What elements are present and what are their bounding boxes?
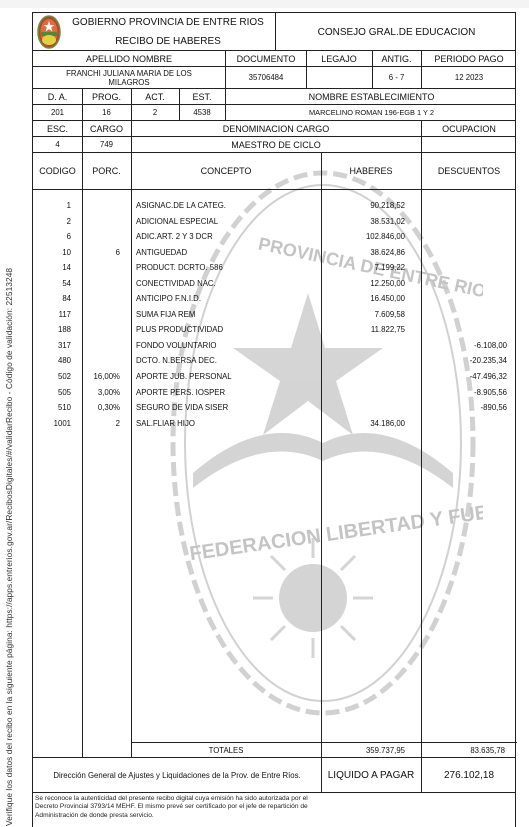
table-cell-concepto: APORTE PERS. IOSPER: [136, 385, 316, 401]
table-cell-codigo: 480: [33, 353, 71, 369]
total-descuentos: 83.635,78: [421, 743, 517, 757]
legal-notice: Se reconoce la autenticidad del presente…: [35, 795, 321, 820]
table-cell-concepto: SAL.FLIAR HIJO: [136, 416, 316, 432]
haberes-column-values: 90.218,5238.531,02102.846,0038.624,867.1…: [321, 198, 405, 431]
table-cell-descuentos: [421, 260, 507, 276]
label-est: EST.: [179, 89, 225, 104]
divider: [131, 88, 132, 120]
table-cell-descuentos: [421, 276, 507, 292]
table-cell-codigo: 502: [33, 369, 71, 385]
value-esc: 4: [33, 137, 82, 152]
table-cell-porc: [82, 291, 120, 307]
table-cell-codigo: 1: [33, 198, 71, 214]
table-cell-concepto: SUMA FIJA REM: [136, 307, 316, 323]
table-cell-haberes: 7.609,58: [321, 307, 405, 323]
table-cell-descuentos: -8.905,56: [421, 385, 507, 401]
issuer-text: Dirección General de Ajustes y Liquidaci…: [33, 758, 321, 792]
pay-receipt: PROVINCIA DE ENTRE RIOS FEDERACION LIBER…: [32, 12, 516, 827]
porc-column-values: 6 16,00%3,00%0,30%2: [82, 198, 120, 431]
table-cell-concepto: APORTE JUB. PERSONAL: [136, 369, 316, 385]
employee-documento: 35706484: [226, 67, 306, 88]
value-ocupacion: [421, 137, 517, 152]
government-title: GOBIERNO PROVINCIA DE ENTRE RIOS: [63, 13, 273, 32]
table-cell-codigo: 117: [33, 307, 71, 323]
table-cell-porc: 0,30%: [82, 400, 120, 416]
table-cell-haberes: 7.199,22: [321, 260, 405, 276]
column-codigo: CODIGO: [33, 153, 82, 189]
divider: [82, 88, 83, 120]
table-cell-porc: [82, 214, 120, 230]
column-porc: PORC.: [82, 153, 131, 189]
validation-note: Verifique los datos del recibo en la sig…: [4, 226, 14, 826]
table-cell-porc: [82, 322, 120, 338]
table-cell-codigo: 14: [33, 260, 71, 276]
table-cell-concepto: ANTIGUEDAD: [136, 245, 316, 261]
table-cell-descuentos: -20.235,34: [421, 353, 507, 369]
table-cell-concepto: PRODUCT. DCRTO. 586: [136, 260, 316, 276]
table-cell-concepto: PLUS PRODUCTIVIDAD: [136, 322, 316, 338]
label-antig: ANTIG.: [372, 51, 421, 66]
table-cell-haberes: 34.186,00: [321, 416, 405, 432]
value-da: 201: [33, 105, 82, 120]
table-cell-codigo: 6: [33, 229, 71, 245]
table-cell-descuentos: [421, 229, 507, 245]
table-cell-concepto: CONECTIVIDAD NAC.: [136, 276, 316, 292]
employee-periodo-pago: 12 2023: [421, 67, 517, 88]
divider: [372, 50, 373, 88]
divider: [275, 13, 276, 51]
table-cell-descuentos: [421, 198, 507, 214]
table-cell-descuentos: [421, 416, 507, 432]
employee-name: FRANCHI JULIANA MARIA DE LOS MILAGROS: [53, 67, 205, 88]
table-cell-descuentos: -890,56: [421, 400, 507, 416]
table-cell-porc: [82, 260, 120, 276]
table-cell-concepto: ADICIONAL ESPECIAL: [136, 214, 316, 230]
table-cell-haberes: 90.218,52: [321, 198, 405, 214]
divider: [421, 50, 422, 88]
table-cell-haberes: [321, 385, 405, 401]
organism-name: CONSEJO GRAL.DE EDUCACION: [276, 13, 517, 51]
table-cell-porc: [82, 229, 120, 245]
table-cell-codigo: 188: [33, 322, 71, 338]
label-nombre-establecimiento: NOMBRE ESTABLECIMIENTO: [226, 89, 517, 104]
entre-rios-coat-of-arms-icon: [37, 15, 61, 49]
table-cell-codigo: 2: [33, 214, 71, 230]
table-cell-porc: [82, 276, 120, 292]
table-cell-descuentos: [421, 245, 507, 261]
label-esc: ESC.: [33, 121, 82, 136]
label-apellido-nombre: APELLIDO NOMBRE: [33, 51, 225, 66]
receipt-title: RECIBO DE HABERES: [63, 32, 273, 50]
table-cell-descuentos: -6.108,00: [421, 338, 507, 354]
label-denominacion-cargo: DENOMINACION CARGO: [131, 121, 421, 136]
label-periodo-pago: PERIODO PAGO: [421, 51, 517, 66]
label-ocupacion: OCUPACION: [421, 121, 517, 136]
column-concepto: CONCEPTO: [131, 153, 321, 189]
table-cell-descuentos: [421, 307, 507, 323]
value-cargo: 749: [82, 137, 131, 152]
totals-label: TOTALES: [131, 743, 321, 757]
value-denominacion-cargo: MAESTRO DE CICLO: [131, 137, 421, 152]
divider: [179, 88, 180, 120]
table-cell-codigo: 10: [33, 245, 71, 261]
table-cell-codigo: 84: [33, 291, 71, 307]
table-cell-codigo: 54: [33, 276, 71, 292]
table-cell-haberes: [321, 400, 405, 416]
label-act: ACT.: [131, 89, 179, 104]
liquido-label: LIQUIDO A PAGAR: [321, 758, 421, 792]
table-cell-haberes: 102.846,00: [321, 229, 405, 245]
table-cell-descuentos: [421, 322, 507, 338]
table-cell-codigo: 317: [33, 338, 71, 354]
table-cell-haberes: [321, 353, 405, 369]
table-cell-descuentos: -47.496,32: [421, 369, 507, 385]
liquido-amount: 276.102,18: [421, 758, 517, 792]
table-cell-concepto: ANTICIPO F.N.I.D.: [136, 291, 316, 307]
table-cell-haberes: 11.822,75: [321, 322, 405, 338]
table-cell-haberes: [321, 369, 405, 385]
table-cell-porc: [82, 198, 120, 214]
viewer-top-bar: [0, 0, 529, 8]
table-cell-descuentos: [421, 291, 507, 307]
table-cell-porc: [82, 353, 120, 369]
table-cell-porc: 6: [82, 245, 120, 261]
value-est: 4538: [179, 105, 225, 120]
table-cell-porc: 16,00%: [82, 369, 120, 385]
svg-text:FEDERACION LIBERTAD Y FUERZA: FEDERACION LIBERTAD Y FUERZA: [188, 496, 483, 565]
table-cell-porc: 2: [82, 416, 120, 432]
codigo-column-values: 126101454841171883174805025055101001: [33, 198, 71, 431]
establishment-name: MARCELINO ROMAN 196-EGB 1 Y 2: [226, 105, 517, 120]
value-act: 2: [131, 105, 179, 120]
table-cell-codigo: 1001: [33, 416, 71, 432]
table-cell-haberes: 38.624,86: [321, 245, 405, 261]
table-cell-haberes: 12.250,00: [321, 276, 405, 292]
table-cell-haberes: [321, 338, 405, 354]
table-cell-haberes: 38.531,02: [321, 214, 405, 230]
divider: [306, 50, 307, 88]
table-cell-haberes: 16.450,00: [321, 291, 405, 307]
divider: [33, 792, 515, 793]
divider: [225, 88, 226, 120]
column-haberes: HABERES: [321, 153, 421, 189]
label-da: D. A.: [33, 89, 82, 104]
label-documento: DOCUMENTO: [226, 51, 306, 66]
label-cargo: CARGO: [82, 121, 131, 136]
table-cell-porc: 3,00%: [82, 385, 120, 401]
table-cell-codigo: 510: [33, 400, 71, 416]
divider: [33, 189, 515, 190]
table-cell-codigo: 505: [33, 385, 71, 401]
table-cell-concepto: FONDO VOLUNTARIO: [136, 338, 316, 354]
table-cell-porc: [82, 307, 120, 323]
total-haberes: 359.737,95: [321, 743, 421, 757]
table-cell-porc: [82, 338, 120, 354]
table-cell-concepto: ADIC.ART. 2 Y 3 DCR: [136, 229, 316, 245]
label-legajo: LEGAJO: [306, 51, 372, 66]
divider: [225, 50, 226, 88]
table-cell-descuentos: [421, 214, 507, 230]
employee-legajo: [306, 67, 372, 88]
label-prog: PROG.: [82, 89, 131, 104]
table-cell-concepto: SEGURO DE VIDA SISER: [136, 400, 316, 416]
divider: [131, 120, 132, 757]
value-prog: 16: [82, 105, 131, 120]
concepto-column-values: ASIGNAC.DE LA CATEG.ADICIONAL ESPECIALAD…: [136, 198, 316, 431]
descuentos-column-values: -6.108,00-20.235,34-47.496,32-8.905,56-8…: [421, 198, 507, 431]
column-descuentos: DESCUENTOS: [421, 153, 517, 189]
table-cell-concepto: ASIGNAC.DE LA CATEG.: [136, 198, 316, 214]
table-cell-concepto: DCTO. N.BERSA DEC.: [136, 353, 316, 369]
employee-antig: 6 - 7: [372, 67, 421, 88]
